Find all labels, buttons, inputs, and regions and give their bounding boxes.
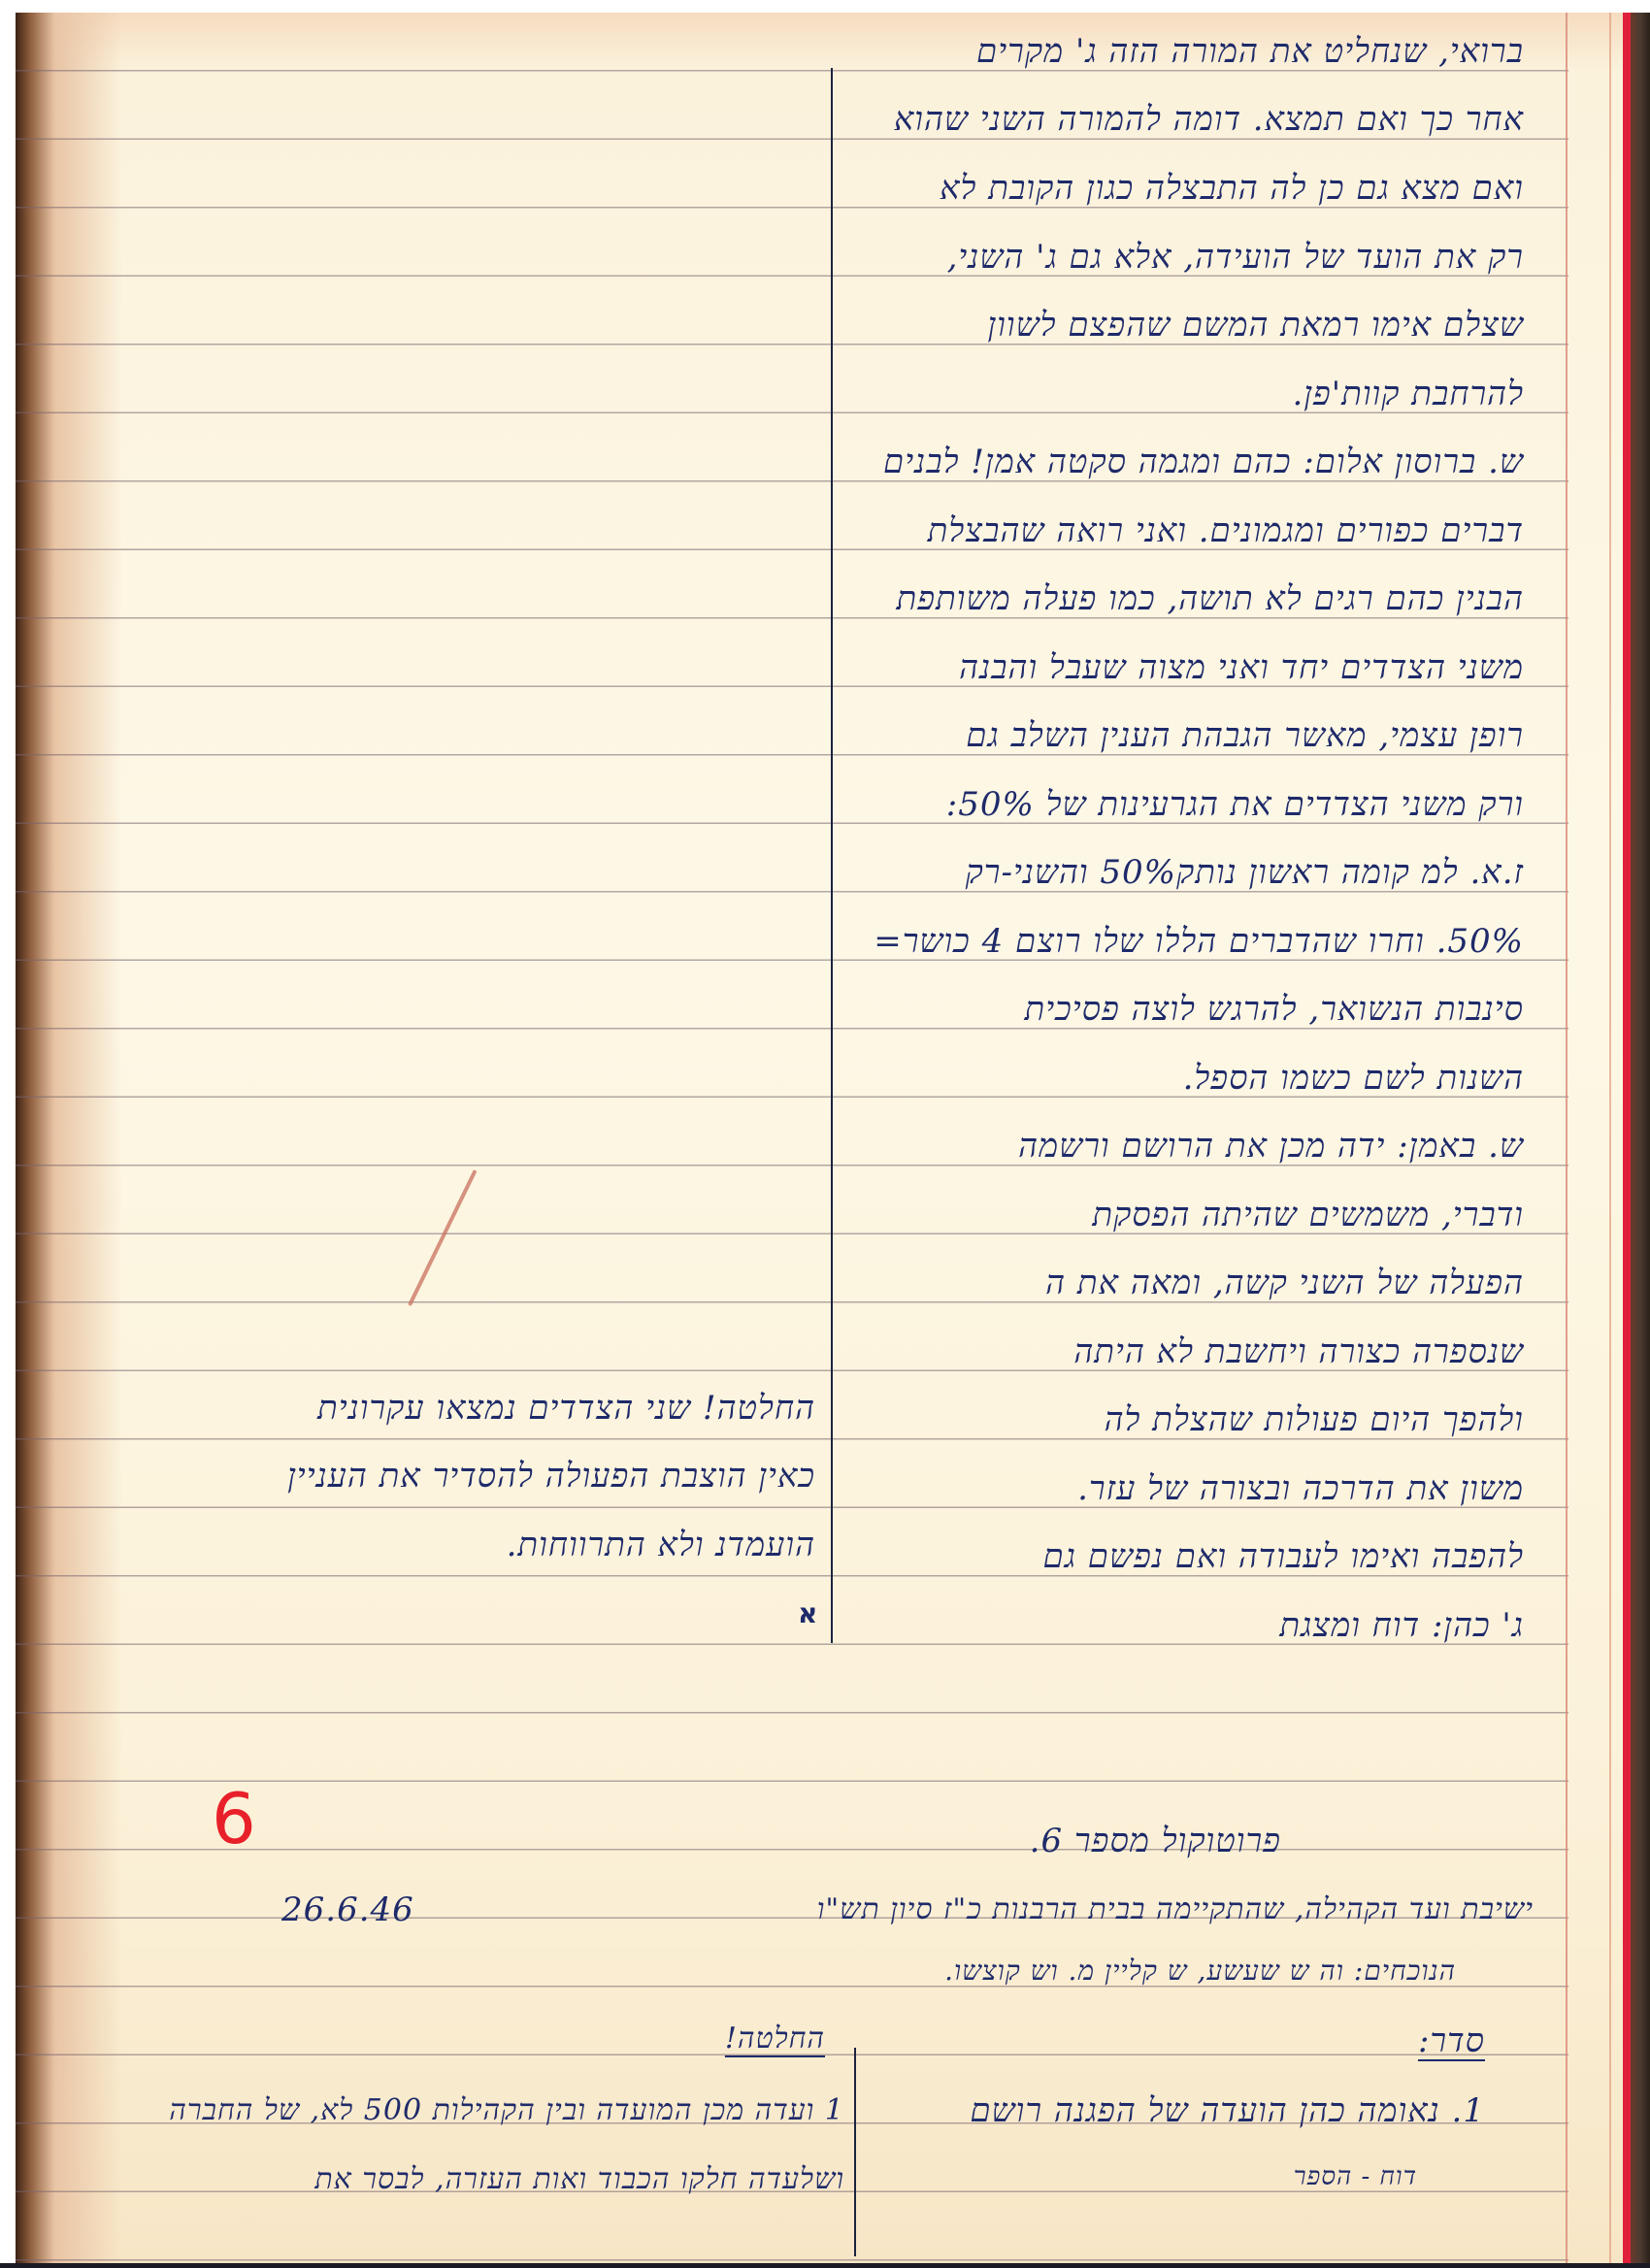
text-line: רק את הועד של הועידה, אלא גם ג' השני,	[947, 223, 1524, 292]
text-line: ורק משני הצדדים את הגרעינות של 50%:	[946, 771, 1524, 839]
text-line: השנות לשם כשמו הספל.	[1183, 1044, 1524, 1113]
decision-line: הועמדנ ולא התרווחות.	[507, 1511, 815, 1580]
protocol-date: 26.6.46	[281, 1876, 476, 1945]
protocol-title: פרוטוקול מספר 6.	[679, 1807, 1281, 1876]
decision-line: ושלעדה חלקו הכבוד ואות העזרה, לבסר את	[78, 2146, 844, 2215]
text-line: שצלם אימו רמאת המשם שהפצם לשוון	[988, 291, 1524, 360]
text-line: 50%. וחרו שהדברים הללו שלו רוצם 4 כושר=	[874, 907, 1524, 976]
agenda-label: סדר:	[1339, 2007, 1485, 2076]
decision-line: 1 ועדה מכן המועדה ובין הקהילות 500 לא, ש…	[39, 2077, 844, 2146]
text-line: שנספרה כצורה ויחשבת לא היתה	[1073, 1318, 1524, 1387]
text-line: ודברי, משמשים שהיתה הפסקת	[1092, 1181, 1524, 1250]
text-line: להרחבת קוות'פן.	[1292, 360, 1524, 429]
margin-line-red-outer	[1609, 13, 1611, 2263]
book-binding	[1631, 13, 1650, 2263]
decision-label: החלטה!	[641, 2005, 825, 2074]
attendees-line: הנוכחים: וה ש שעשע, ש קליין מ. וש קוצשו.	[602, 1937, 1456, 2006]
text-line: ז.א. למ קומה ראשון נותק50% והשני-רק	[966, 838, 1524, 907]
column-divider-lower	[854, 2048, 856, 2256]
agenda-subitem: דוח - הספר	[1068, 2143, 1417, 2212]
end-mark: א	[798, 1597, 817, 1629]
speaker-paragraph-line: ש. באמן: ידה מכן את הרושם ורשמה	[1018, 1112, 1524, 1181]
text-line: אחר כך ואם תמצא. דומה להמורה השני שהוא	[894, 85, 1524, 154]
text-line: ברואי, שנחליט את המורה הזה ג' מקרים	[976, 17, 1524, 86]
page-number-mark: 6	[212, 1784, 256, 1854]
session-line: ישיבת ועד הקהילה, שהתקיימה בבית הרבנות כ…	[544, 1876, 1534, 1945]
text-line: דברים כפורים ומגמונים. ואני רואה שהבצלת	[928, 497, 1524, 566]
text-line: רופן עצמי, מאשר הגבהת הענין השלב גם	[966, 702, 1524, 771]
text-line: הפעלה של השני קשה, ומאה את ה	[1045, 1249, 1524, 1318]
text-line: ג' כהן: דוח ומצגת	[1279, 1592, 1524, 1660]
text-line: הבנין כהם רגים לא תושה, כמו פעלה משותפת	[896, 565, 1524, 634]
speaker-paragraph-line: ש. ברוסון אלום: כהם ומגמה סקטה אמן! לבני…	[883, 428, 1524, 497]
text-line: להפבה ואימו לעבודה ואם נפשם גם	[1043, 1523, 1524, 1592]
page-edge-red	[1623, 13, 1631, 2263]
text-line: משון את הדרכה ובצורה של עזר.	[1077, 1455, 1524, 1524]
decision-line: כאין הוצבת הפעולה להסדיר את העניין	[287, 1442, 815, 1511]
decision-line: החלטה! שני הצדדים נמצאו עקרונית	[317, 1374, 815, 1443]
text-line: סינבות הנשואר, להרגש לוצה פסיכית	[1024, 975, 1524, 1044]
scan-bottom-edge	[0, 2263, 1650, 2268]
column-divider-upper	[831, 68, 833, 1643]
agenda-item: 1. נאומה כהן הועדה של הפגנה רושם	[874, 2077, 1485, 2146]
text-line: ואם מצא גם כן לה התבצלה כגון הקובת לא	[940, 154, 1524, 223]
margin-line-red	[1566, 13, 1567, 2263]
text-line: ולהפך היום פעולות שהצלת לה	[1105, 1386, 1524, 1455]
text-line: משני הצדדים יחד ואני מצוה שעבל והבנה	[959, 634, 1524, 703]
